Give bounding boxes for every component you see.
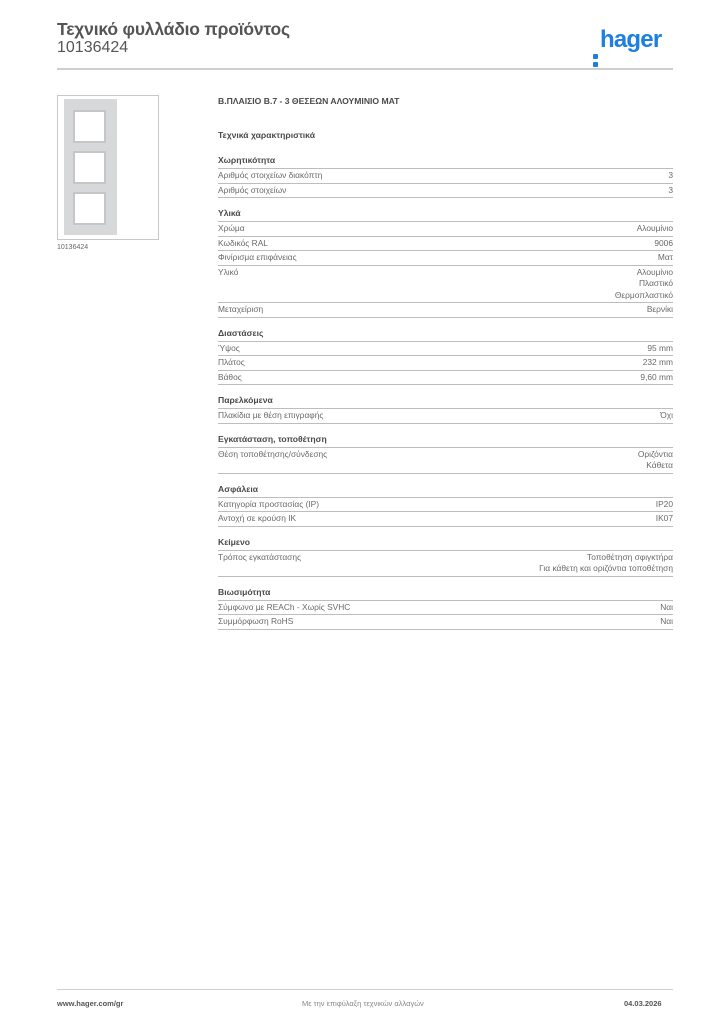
spec-row: Κωδικός RAL9006 — [218, 237, 673, 252]
product-name: Β.ΠΛΑΙΣΙΟ Β.7 - 3 ΘΕΣΕΩΝ ΑΛΟΥΜΙΝΙΟ ΜΑΤ — [218, 96, 673, 130]
product-code: 10136424 — [57, 39, 128, 57]
spec-label: Πλάτος — [218, 357, 245, 369]
logo-text: hager — [600, 26, 661, 53]
frame-opening — [73, 110, 106, 143]
spec-section: ΧωρητικότηταΑριθμός στοιχείων διακόπτη3Α… — [218, 155, 673, 198]
section-heading: Εγκατάσταση, τοποθέτηση — [218, 434, 673, 448]
section-heading: Βιωσιμότητα — [218, 587, 673, 601]
spec-value: Ναι — [660, 602, 673, 614]
spec-value: 95 mm — [647, 343, 673, 355]
section-heading: Κείμενο — [218, 537, 673, 551]
spec-row: Σύμφωνο με REACh - Χωρίς SVHCΝαι — [218, 601, 673, 616]
spec-row: ΜεταχείρισηΒερνίκι — [218, 303, 673, 318]
frame-opening — [73, 151, 106, 184]
spec-value: 232 mm — [643, 357, 673, 369]
characteristics-title: Τεχνικά χαρακτηριστικά — [218, 130, 673, 155]
spec-row: Θέση τοποθέτησης/σύνδεσηςΟριζόντιαΚάθετα — [218, 448, 673, 474]
spec-value: 3 — [668, 185, 673, 197]
section-heading: Υλικά — [218, 208, 673, 222]
section-heading: Διαστάσεις — [218, 328, 673, 342]
spec-label: Ύψος — [218, 343, 240, 355]
frame-opening — [73, 192, 106, 225]
spec-section: ΑσφάλειαΚατηγορία προστασίας (IP)IP20Αντ… — [218, 484, 673, 527]
footer-divider — [57, 989, 673, 990]
spec-label: Φινίρισμα επιφάνειας — [218, 252, 297, 264]
spec-section: ΒιωσιμότηταΣύμφωνο με REACh - Χωρίς SVHC… — [218, 587, 673, 630]
spec-row: ΧρώμαΑλουμίνιο — [218, 222, 673, 237]
spec-label: Αντοχή σε κρούση IK — [218, 513, 296, 525]
image-caption: 10136424 — [57, 244, 88, 251]
spec-label: Συμμόρφωση RoHS — [218, 616, 293, 628]
spec-section: Εγκατάσταση, τοποθέτησηΘέση τοποθέτησης/… — [218, 434, 673, 474]
spec-section: ΔιαστάσειςΎψος95 mmΠλάτος232 mmΒάθος9,60… — [218, 328, 673, 386]
header-divider — [57, 68, 673, 70]
spec-row: Αριθμός στοιχείων3 — [218, 184, 673, 199]
spec-row: Φινίρισμα επιφάνειαςΜατ — [218, 251, 673, 266]
section-heading: Ασφάλεια — [218, 484, 673, 498]
spec-row: Πλακίδια με θέση επιγραφήςΌχι — [218, 409, 673, 424]
spec-value: 9006 — [654, 238, 673, 250]
hager-logo: hager — [593, 28, 661, 52]
spec-row: Πλάτος232 mm — [218, 356, 673, 371]
spec-row: Ύψος95 mm — [218, 342, 673, 357]
spec-row: Αριθμός στοιχείων διακόπτη3 — [218, 169, 673, 184]
spec-value: Ναι — [660, 616, 673, 628]
spec-value: 9,60 mm — [640, 372, 673, 384]
section-heading: Χωρητικότητα — [218, 155, 673, 169]
spec-value: Βερνίκι — [647, 304, 673, 316]
product-image — [57, 95, 159, 240]
spec-row: Συμμόρφωση RoHSΝαι — [218, 615, 673, 630]
spec-section: ΥλικάΧρώμαΑλουμίνιοΚωδικός RAL9006Φινίρι… — [218, 208, 673, 318]
spec-value: Ματ — [658, 252, 673, 264]
spec-value: IP20 — [656, 499, 673, 511]
spec-row: Τρόπος εγκατάστασηςΤοποθέτηση σφιγκτήραΓ… — [218, 551, 673, 577]
spec-section: ΚείμενοΤρόπος εγκατάστασηςΤοποθέτηση σφι… — [218, 537, 673, 577]
spec-row: ΥλικόΑλουμίνιοΠλαστικόΘερμοπλαστικό — [218, 266, 673, 304]
spec-label: Βάθος — [218, 372, 242, 384]
spec-value: ΑλουμίνιοΠλαστικόΘερμοπλαστικό — [615, 267, 673, 302]
spec-label: Σύμφωνο με REACh - Χωρίς SVHC — [218, 602, 350, 614]
spec-value: ΟριζόντιαΚάθετα — [638, 449, 673, 472]
document-title: Τεχνικό φυλλάδιο προϊόντος — [57, 19, 290, 40]
spec-content: Β.ΠΛΑΙΣΙΟ Β.7 - 3 ΘΕΣΕΩΝ ΑΛΟΥΜΙΝΙΟ ΜΑΤ Τ… — [218, 96, 673, 640]
spec-label: Χρώμα — [218, 223, 245, 235]
section-heading: Παρελκόμενα — [218, 395, 673, 409]
spec-value: Αλουμίνιο — [637, 223, 673, 235]
spec-row: Κατηγορία προστασίας (IP)IP20 — [218, 498, 673, 513]
spec-row: Βάθος9,60 mm — [218, 371, 673, 386]
spec-label: Υλικό — [218, 267, 238, 302]
spec-label: Θέση τοποθέτησης/σύνδεσης — [218, 449, 327, 472]
spec-section: ΠαρελκόμεναΠλακίδια με θέση επιγραφήςΌχι — [218, 395, 673, 424]
spec-label: Μεταχείριση — [218, 304, 263, 316]
footer-website: www.hager.com/gr — [57, 999, 123, 1008]
spec-row: Αντοχή σε κρούση IKIK07 — [218, 512, 673, 527]
spec-value: Όχι — [660, 410, 673, 422]
spec-label: Κατηγορία προστασίας (IP) — [218, 499, 319, 511]
footer-date: 04.03.2026 — [624, 999, 662, 1008]
spec-label: Πλακίδια με θέση επιγραφής — [218, 410, 323, 422]
footer-disclaimer: Με την επιφύλαξη τεχνικών αλλαγών — [302, 999, 424, 1008]
spec-label: Αριθμός στοιχείων — [218, 185, 286, 197]
spec-label: Κωδικός RAL — [218, 238, 268, 250]
spec-value: Τοποθέτηση σφιγκτήραΓια κάθετη και οριζό… — [539, 552, 673, 575]
spec-label: Τρόπος εγκατάστασης — [218, 552, 301, 575]
spec-value: 3 — [668, 170, 673, 182]
spec-value: IK07 — [656, 513, 673, 525]
spec-sections: ΧωρητικότηταΑριθμός στοιχείων διακόπτη3Α… — [218, 155, 673, 630]
frame-plate-icon — [64, 99, 117, 235]
spec-label: Αριθμός στοιχείων διακόπτη — [218, 170, 322, 182]
